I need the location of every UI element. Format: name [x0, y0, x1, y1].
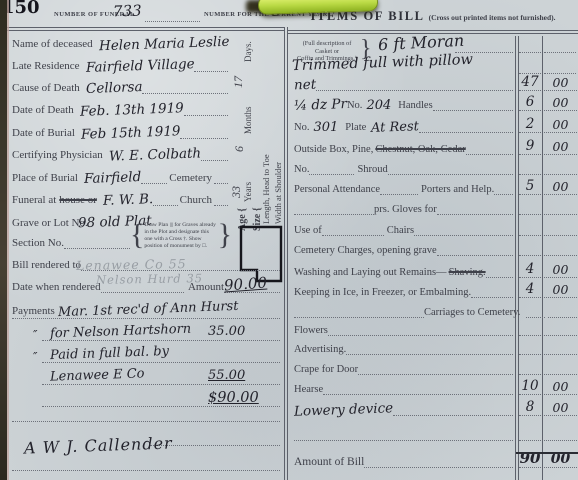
payments-dotted-line [42, 406, 280, 407]
amount-dollars: 2 [519, 116, 541, 133]
amount-cents [544, 374, 577, 375]
amount-dollars [519, 214, 541, 215]
amount-dollars: 8 [519, 399, 541, 416]
field-row: Cause of DeathCellorsa [12, 78, 228, 94]
dotted-leader [494, 194, 513, 195]
field-label: Funeral at [12, 194, 56, 206]
field-label: Date of Death [12, 104, 74, 116]
dotted-leader [328, 335, 513, 336]
bill-item-row: Use ofChairs [294, 218, 577, 236]
bill-rendered-label: Bill rendered to [12, 259, 81, 271]
size-width-label: Width at Shoulder [273, 162, 283, 224]
field-label: Late Residence [12, 60, 80, 72]
item-label: Crape for Door [294, 364, 358, 375]
handwritten-entry: At Rest [371, 119, 419, 136]
note-brace-left: { [130, 220, 144, 250]
bill-item-row: Lowery device800 [294, 398, 577, 416]
bill-item-row: Cemetery Charges, opening grave [294, 238, 577, 256]
amount-dollars [519, 374, 541, 375]
payments-label: Payments [12, 305, 55, 317]
dotted-leader [486, 277, 513, 278]
age-years-label: Years [243, 182, 253, 202]
plot-note: { Draw Plan ||| for Graves already in th… [130, 219, 232, 250]
bill-item-row: net4700 [294, 73, 577, 91]
payments-dotted-line [12, 318, 280, 319]
age-days-value: 17 [231, 76, 246, 88]
amount-cents [544, 214, 577, 215]
struck-item-text: Shaving. [449, 267, 486, 278]
payments-dotted-line [42, 384, 280, 385]
dotted-leader [414, 235, 513, 236]
dotted-leader [309, 174, 354, 175]
field-label: Place of Burial [12, 172, 78, 184]
dotted-leader [323, 394, 513, 395]
struck-label: house or [59, 194, 97, 206]
ditto-mark: ″ [33, 328, 37, 342]
amount-dollars [519, 440, 541, 441]
plot-note-text: Draw Plan ||| for Graves already in the … [144, 219, 217, 250]
amount-dollars: 9 [519, 138, 541, 155]
bill-item-row: Hearse1000 [294, 377, 577, 395]
size-length-label: Length, Head to Toe [261, 154, 271, 224]
amount-dollars [519, 255, 541, 256]
amount-cents: 00 [544, 117, 577, 133]
handwritten-number: 301 [313, 120, 338, 135]
dotted-leader [214, 183, 228, 184]
dotted-leader [393, 415, 513, 416]
item-label: Outside Box, Pine, [294, 144, 373, 155]
dotted-leader [433, 110, 513, 111]
item-label: Carriages to Cemetery. [424, 307, 520, 318]
item-label: No. [347, 100, 362, 111]
amount-dollars [519, 354, 541, 355]
dotted-leader [316, 90, 513, 91]
payment-amount: 35.00 [208, 324, 245, 339]
amount-dollars [519, 335, 541, 336]
handwritten-number: 204 [366, 98, 391, 113]
field-row: Name of deceasedHelen Maria Leslie [12, 34, 228, 50]
dotted-leader [194, 71, 228, 72]
dotted-leader [214, 205, 228, 206]
amount-label: Amount [188, 281, 224, 293]
field-row: Place of BurialFairfieldCemetery [12, 168, 228, 184]
bill-item-row: Washing and Laying out Remains—Shaving.4… [294, 260, 577, 278]
dotted-leader [388, 174, 513, 175]
dotted-leader [141, 183, 167, 184]
bill-item-row: No.Shroud [294, 157, 577, 175]
item-label: No. [294, 164, 309, 175]
amount-cents: 00 [544, 95, 577, 111]
field-row: Funeral athouse orF. W. B.Church [12, 190, 228, 206]
dotted-leader [294, 440, 513, 441]
paper-edge [7, 0, 9, 480]
item-label: prs. Gloves for [374, 204, 437, 215]
amount-cents: 00 [544, 400, 577, 416]
section-label: Section No. [12, 237, 64, 249]
amount-dollars: 10 [519, 378, 541, 395]
bill-item-row: No.301PlateAt Rest200 [294, 115, 577, 133]
bill-item-row: Outside Box, Pine,Chestnut, Oak, Cedar90… [294, 137, 577, 155]
dotted-leader [437, 214, 513, 215]
handwritten-entry: net [294, 77, 317, 94]
dotted-leader [180, 138, 228, 139]
item-label: Hearse [294, 384, 323, 395]
field-row: Date of DeathFeb. 13th 1919 [12, 100, 228, 116]
amount-cents: 00 [544, 179, 577, 195]
bill-item-row: Advertising. [294, 337, 577, 355]
amount-rendered-value: 90.00 [223, 274, 267, 295]
field-label: Name of deceased [12, 38, 93, 50]
bill-rendered-line1: Lenawee Co 55 [76, 256, 187, 273]
dotted-leader [201, 160, 228, 161]
total-rule [516, 452, 578, 454]
bill-item-row: Carriages to Cemetery. [294, 300, 577, 318]
amount-cents: 00 [544, 282, 577, 298]
field-row: Late ResidenceFairfield Village [12, 56, 228, 72]
item-label: Porters and Help. [421, 184, 494, 195]
desk-edge [0, 0, 7, 480]
dotted-leader [358, 374, 513, 375]
dotted-leader [466, 154, 513, 155]
note-brace-right: } [218, 220, 232, 250]
amount-dollars: 4 [519, 261, 541, 278]
bill-item-row [294, 423, 577, 441]
amount-dollars: 47 [519, 74, 541, 91]
age-years-value: 33 [229, 186, 244, 198]
dotted-leader [142, 93, 228, 94]
item-label: Advertising. [294, 344, 346, 355]
amount-cents [544, 174, 577, 175]
field-label: Cause of Death [12, 82, 80, 94]
field-label: Certifying Physician [12, 149, 103, 161]
dotted-leader [153, 205, 178, 206]
age-days-label: Days. [243, 41, 253, 62]
bill-item-row: Keeping in Ice, in Freezer, or Embalming… [294, 280, 577, 298]
item-label: Handles [398, 100, 432, 111]
item-label: Flowers [294, 325, 328, 336]
payments-dotted-line [42, 362, 280, 363]
dotted-leader [322, 235, 384, 236]
dotted-leader [471, 297, 513, 298]
bill-item-row: Flowers [294, 318, 577, 336]
amount-cents [544, 255, 577, 256]
item-label: No. [294, 122, 309, 133]
field-label: Date of Burial [12, 127, 75, 139]
item-label: Cemetery Charges, opening grave [294, 245, 437, 256]
dotted-leader [437, 255, 513, 256]
amount-cents [544, 335, 577, 336]
dotted-leader [364, 467, 513, 468]
payment-amount: $90.00 [208, 390, 259, 406]
amount-dollars [519, 174, 541, 175]
document: 150 Number of Funeral 733 Number for the… [0, 0, 578, 480]
amount-cents [544, 440, 577, 441]
items-of-bill-subtitle: (Cross out printed items not furnished). [429, 13, 556, 22]
field-suffix-label: Church [180, 194, 212, 206]
handwritten-entry: ¼ dz Pr [294, 96, 347, 114]
handwritten-value: F. W. B. [103, 191, 154, 209]
amount-dollars [519, 235, 541, 236]
handwritten-value: W. E. Colbath [108, 145, 201, 164]
item-label: Use of [294, 225, 322, 236]
bill-item-row: prs. Gloves for [294, 197, 577, 215]
amount-dollars: 4 [519, 281, 541, 298]
amount-dollars: 6 [519, 94, 541, 111]
amount-cents: 00 [544, 75, 577, 91]
amount-cents [544, 354, 577, 355]
field-row: Certifying PhysicianW. E. Colbath [12, 145, 228, 161]
dotted-leader [380, 194, 418, 195]
ditto-mark: ″ [33, 350, 37, 364]
struck-item-text: Chestnut, Oak, Cedar [375, 144, 465, 155]
handwritten-value: Cellorsa [86, 79, 143, 97]
section-row: Section No. [12, 233, 130, 249]
bill-item-row: ¼ dz PrNo.204Handles600 [294, 93, 577, 111]
item-label: Plate [345, 122, 366, 133]
grave-lot-label: Grave or Lot No. [12, 217, 88, 229]
field-suffix-label: Cemetery [169, 172, 212, 184]
age-months-value: 6 [232, 146, 247, 152]
payment-amount: 55.00 [208, 368, 245, 383]
item-label: Personal Attendance [294, 184, 380, 195]
dotted-leader [419, 132, 513, 133]
amount-cents: 00 [544, 139, 577, 155]
amount-dollars: 5 [519, 178, 541, 195]
bill-item-row: Crape for Door [294, 357, 577, 375]
item-label: Washing and Laying out Remains— [294, 267, 447, 278]
item-label: Amount of Bill [294, 456, 364, 468]
item-label: Shroud [357, 164, 387, 175]
dotted-leader [184, 115, 229, 116]
item-label: Chairs [387, 225, 414, 236]
amount-cents [544, 235, 577, 236]
amount-cents: 00 [544, 262, 577, 278]
date-rendered-label: Date when rendered [12, 281, 101, 293]
item-label: Keeping in Ice, in Freezer, or Embalming… [294, 287, 471, 298]
funeral-number-value: 733 [113, 2, 142, 21]
handwritten-value: Fairfield [84, 169, 142, 187]
dotted-leader [346, 354, 513, 355]
bill-item-row: Personal AttendancePorters and Help.500 [294, 177, 577, 195]
dotted-leader [294, 214, 374, 215]
amount-cents: 00 [544, 379, 577, 395]
age-months-label: Months [243, 106, 253, 134]
field-row: Date of BurialFeb 15th 1919 [12, 123, 228, 139]
